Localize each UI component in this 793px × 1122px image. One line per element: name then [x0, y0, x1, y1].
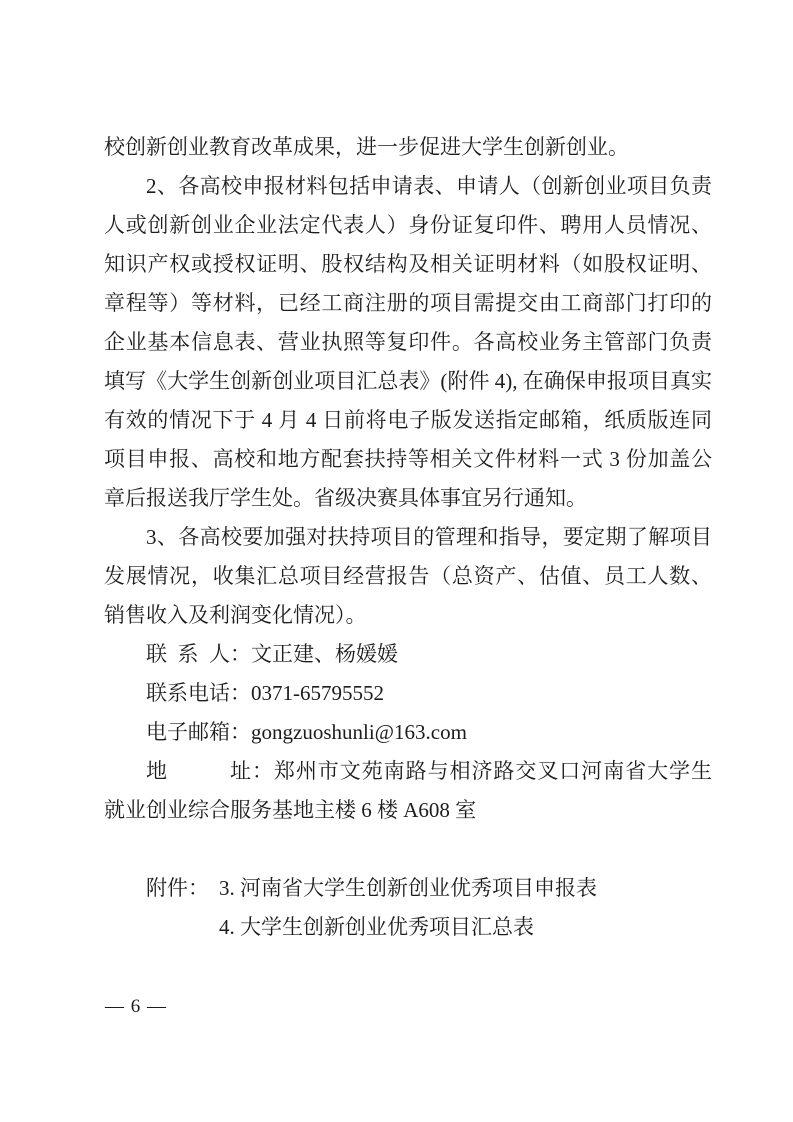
contact-address-line: 地址：郑州市文苑南路与相济路交叉口河南省大学生就业创业综合服务基地主楼 6 楼 … [104, 752, 712, 830]
contact-person-colon: ： [230, 642, 251, 666]
contact-person-label: 联系人 [146, 635, 230, 674]
contact-email-colon: ： [230, 720, 251, 744]
attachments-block: 附件： 3. 河南省大学生创新创业优秀项目申报表 4. 大学生创新创业优秀项目汇… [146, 869, 712, 947]
document-body: 校创新创业教育改革成果，进一步促进大学生创新创业。 2、各高校申报材料包括申请表… [104, 128, 712, 947]
attachments-list: 3. 河南省大学生创新创业优秀项目申报表 4. 大学生创新创业优秀项目汇总表 [219, 869, 597, 947]
contact-email-value: gongzuoshunli@163.com [251, 720, 467, 744]
contact-phone-value: 0371-65795552 [251, 681, 384, 705]
contact-person-value: 文正建、杨媛媛 [251, 642, 398, 666]
document-page: 校创新创业教育改革成果，进一步促进大学生创新创业。 2、各高校申报材料包括申请表… [0, 0, 793, 1122]
body-paragraph-item-3: 3、各高校要加强对扶持项目的管理和指导，要定期了解项目发展情况，收集汇总项目经营… [104, 518, 712, 635]
contact-address-label: 地址 [146, 752, 251, 791]
body-paragraph-continuation: 校创新创业教育改革成果，进一步促进大学生创新创业。 [104, 128, 712, 167]
attachments-label: 附件： [146, 869, 209, 947]
contact-person-line: 联系人：文正建、杨媛媛 [104, 635, 712, 674]
attachment-item-3: 3. 河南省大学生创新创业优秀项目申报表 [219, 869, 597, 908]
contact-phone-colon: ： [230, 681, 251, 705]
body-paragraph-item-2: 2、各高校申报材料包括申请表、申请人（创新创业项目负责人或创新创业企业法定代表人… [104, 167, 712, 518]
contact-address-colon: ： [251, 759, 274, 783]
contact-phone-line: 联系电话：0371-65795552 [104, 674, 712, 713]
contact-phone-label: 联系电话 [146, 674, 230, 713]
contact-email-label: 电子邮箱 [146, 713, 230, 752]
attachment-item-4: 4. 大学生创新创业优秀项目汇总表 [219, 908, 597, 947]
contact-email-line: 电子邮箱：gongzuoshunli@163.com [104, 713, 712, 752]
page-number: — 6 — [105, 996, 167, 1018]
